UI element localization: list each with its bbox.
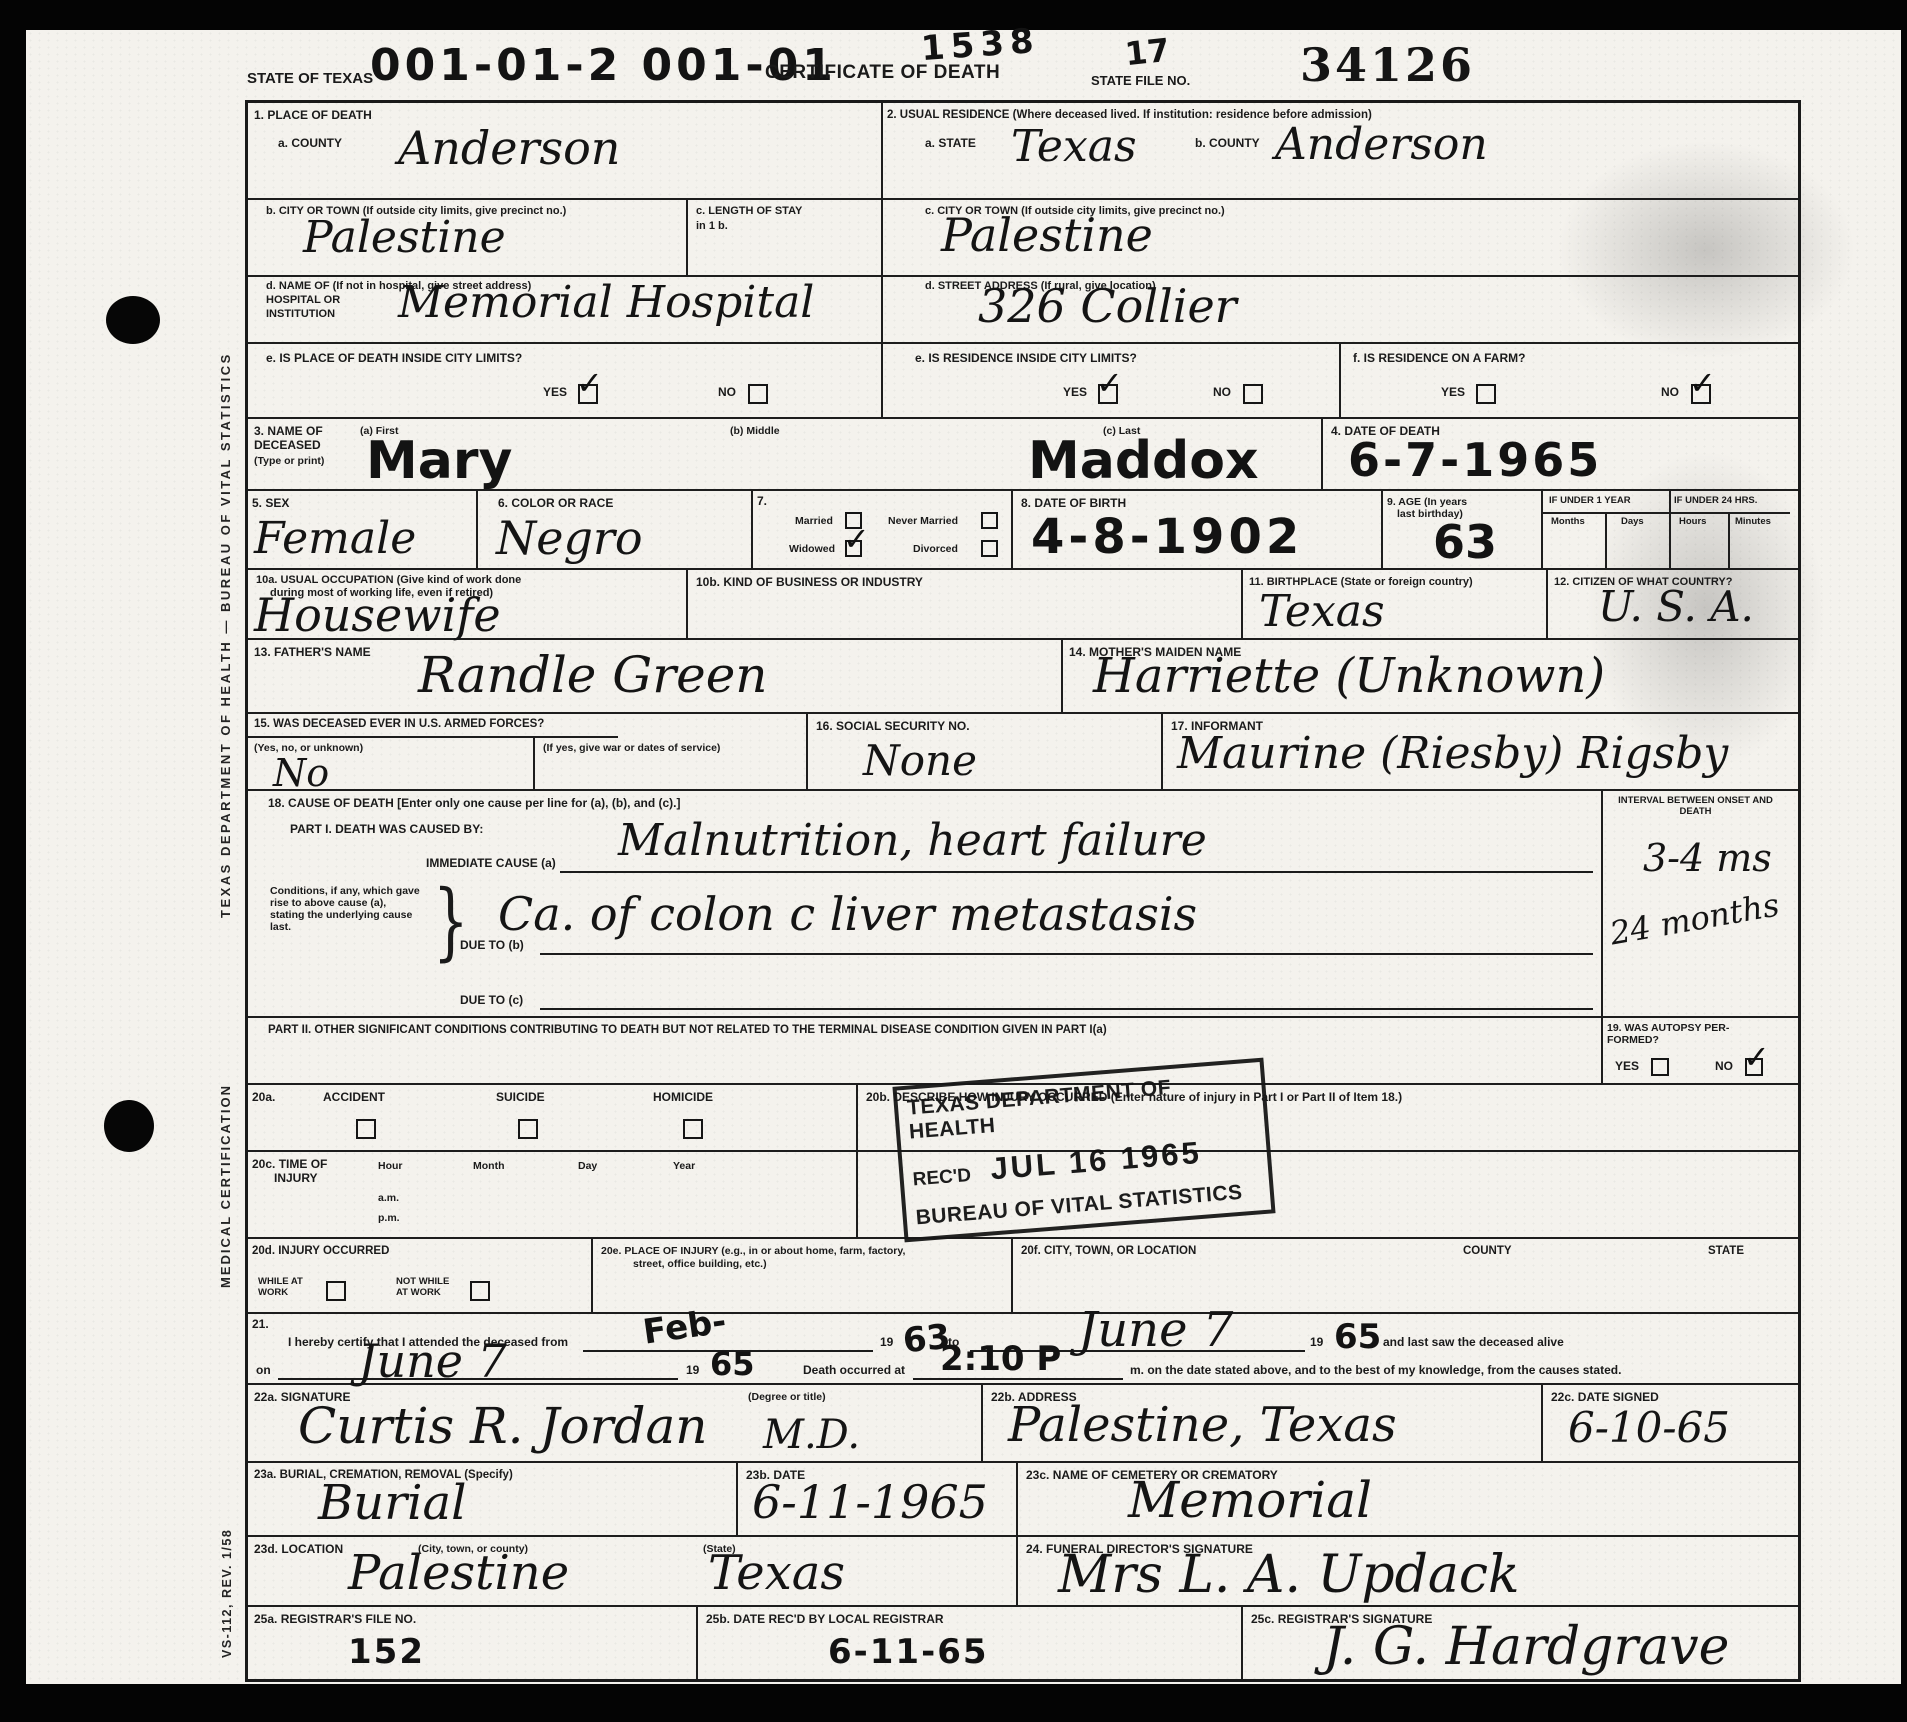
autopsy-label-line2: FORMED? (1607, 1034, 1659, 1046)
street-address-value: 326 Collier (978, 283, 1237, 329)
month-label: Month (473, 1160, 505, 1172)
residence-farm-yes-checkbox (1476, 384, 1496, 404)
row-burial: 23a. BURIAL, CREMATION, REMOVAL (Specify… (248, 1463, 1798, 1537)
birthplace-value: Texas (1259, 590, 1385, 634)
part1-label: PART I. DEATH WAS CAUSED BY: (290, 823, 483, 837)
race-value: Negro (496, 515, 643, 561)
row-hospital: d. NAME OF (If not in hospital, give str… (248, 277, 1798, 344)
brace-glyph: } (433, 873, 469, 971)
year-19-label: 19 (1310, 1336, 1323, 1350)
burial-location-state-value: Texas (708, 1549, 845, 1597)
residence-city-limits-yes-checkbox: ✓ (1098, 384, 1118, 404)
state-file-no-label: STATE FILE NO. (1091, 74, 1190, 89)
immediate-cause-value: Malnutrition, heart failure (618, 819, 1207, 863)
punch-hole-bottom (104, 1100, 154, 1152)
divider (1671, 512, 1790, 514)
autopsy-yes-checkbox (1651, 1058, 1669, 1076)
sex-label: 5. SEX (252, 497, 289, 511)
armed-forces-sub2-label: (If yes, give war or dates of service) (543, 742, 720, 754)
sex-value: Female (254, 517, 416, 561)
middle-name-label: (b) Middle (730, 425, 780, 437)
date-signed-value: 6-10-65 (1568, 1407, 1730, 1449)
time-of-injury-label-line1: 20c. TIME OF (252, 1158, 327, 1172)
occupation-value: Housewife (254, 592, 501, 638)
row-sex-race: 5. SEX Female 6. COLOR OR RACE Negro 7. … (248, 491, 1798, 570)
citizen-value: U. S. A. (1598, 586, 1754, 628)
immediate-cause-interval: 3-4 ms (1643, 839, 1772, 877)
county-label: a. COUNTY (278, 137, 342, 151)
degree-value: M.D. (763, 1415, 860, 1455)
ssn-label: 16. SOCIAL SECURITY NO. (816, 720, 970, 734)
residence-farm-label: f. IS RESIDENCE ON A FARM? (1353, 352, 1525, 366)
city-of-death-value: Palestine (303, 216, 506, 260)
name-label-line2: DECEASED (254, 439, 321, 453)
residence-county-label: b. COUNTY (1195, 137, 1260, 151)
injury-item-label: 20a. (252, 1091, 275, 1105)
date-of-birth-value: 4-8-1902 (1031, 513, 1303, 561)
name-label-line3: (Type or print) (254, 455, 324, 467)
residence-city-limits-no-checkbox (1243, 384, 1263, 404)
cause-of-death-section-label: 18. CAUSE OF DEATH [Enter only one cause… (268, 797, 681, 811)
row-cause-of-death: 18. CAUSE OF DEATH [Enter only one cause… (248, 791, 1798, 1018)
row-injury-place: 20d. INJURY OCCURRED WHILE AT WORK NOT W… (248, 1239, 1798, 1314)
registrar-date-label: 25b. DATE REC'D BY LOCAL REGISTRAR (706, 1613, 944, 1627)
suicide-checkbox (518, 1119, 538, 1139)
punch-hole-top (106, 296, 160, 344)
not-while-at-work-checkbox (470, 1281, 490, 1301)
race-label: 6. COLOR OR RACE (498, 497, 613, 511)
row-name: 3. NAME OF DECEASED (Type or print) (a) … (248, 419, 1798, 491)
divorced-checkbox (981, 540, 998, 557)
certify-post-text: m. on the date stated above, and to the … (1130, 1364, 1621, 1378)
length-of-stay-sublabel: in 1 b. (696, 220, 728, 233)
state-file-number-stamp: 34126 (1300, 38, 1475, 92)
handwritten-number-17: 17 (1123, 34, 1171, 70)
handwritten-number-1538: 1538 (920, 24, 1041, 66)
homicide-label: HOMICIDE (653, 1091, 713, 1105)
row-location-director: 23d. LOCATION (City, town, or county) (S… (248, 1537, 1798, 1607)
certify-to-value: June 7 (1078, 1306, 1233, 1354)
yes-label: YES (1063, 386, 1087, 400)
suicide-label: SUICIDE (496, 1091, 545, 1105)
row-physician: 22a. SIGNATURE (Degree or title) Curtis … (248, 1385, 1798, 1463)
residence-farm-no-checkbox: ✓ (1691, 384, 1711, 404)
am-label: a.m. (378, 1192, 399, 1204)
death-occurred-at-label: Death occurred at (803, 1364, 905, 1378)
received-stamp-recd-label: REC'D (912, 1165, 972, 1192)
due-to-c-label: DUE TO (c) (460, 994, 523, 1008)
mother-name-value: Harriette (Unknown) (1093, 652, 1605, 700)
while-at-work-checkbox (326, 1281, 346, 1301)
cemetery-value: Memorial (1128, 1475, 1372, 1525)
not-while-at-work-label-line2: AT WORK (396, 1288, 441, 1299)
place-of-death-section-label: 1. PLACE OF DEATH (254, 109, 372, 123)
certify-to-year-value: 65 (1334, 1320, 1381, 1354)
while-at-work-label-line2: WORK (258, 1288, 288, 1299)
residence-state-value: Texas (1011, 125, 1137, 169)
certify-from-value: Feb- (641, 1304, 728, 1349)
conditions-note: Conditions, if any, which gave rise to a… (270, 885, 422, 933)
year-19-label: 19 (686, 1364, 699, 1378)
months-label: Months (1551, 517, 1585, 528)
physician-address-value: Palestine, Texas (1008, 1401, 1397, 1449)
date-of-death-value: 6-7-1965 (1348, 437, 1602, 483)
marital-item-label: 7. (757, 495, 767, 509)
certify-item-label: 21. (252, 1318, 269, 1332)
row-city: b. CITY OR TOWN (If outside city limits,… (248, 200, 1798, 277)
no-label: NO (1661, 386, 1679, 400)
certificate-form: 1. PLACE OF DEATH a. COUNTY Anderson 2. … (245, 100, 1801, 1682)
funeral-director-value: Mrs L. A. Updack (1058, 1549, 1520, 1601)
place-of-injury-label-line2: street, office building, etc.) (633, 1258, 767, 1270)
burial-location-label: 23d. LOCATION (254, 1543, 343, 1557)
county-of-death-value: Anderson (398, 125, 620, 171)
blank-line (540, 990, 1593, 1010)
age-label-line1: 9. AGE (In years (1387, 496, 1467, 508)
row-place-residence: 1. PLACE OF DEATH a. COUNTY Anderson 2. … (248, 103, 1798, 200)
year-label: Year (673, 1160, 695, 1172)
minutes-label: Minutes (1735, 517, 1771, 528)
hour-label: Hour (378, 1160, 403, 1172)
row-parents: 13. FATHER'S NAME Randle Green 14. MOTHE… (248, 640, 1798, 714)
accident-checkbox (356, 1119, 376, 1139)
burial-value: Burial (318, 1479, 466, 1527)
certificate-paper: TEXAS DEPARTMENT OF HEALTH — BUREAU OF V… (26, 30, 1901, 1684)
interval-header: INTERVAL BETWEEN ONSET AND DEATH (1608, 796, 1783, 818)
scanned-death-certificate: TEXAS DEPARTMENT OF HEALTH — BUREAU OF V… (0, 0, 1907, 1722)
residence-city-value: Palestine (941, 212, 1153, 258)
physician-signature-value: Curtis R. Jordan (298, 1401, 708, 1451)
due-to-b-value: Ca. of colon c liver metastasis (498, 891, 1197, 937)
row-armed-forces: 15. WAS DECEASED EVER IN U.S. ARMED FORC… (248, 714, 1798, 791)
pm-label: p.m. (378, 1212, 400, 1224)
widowed-checkbox: ✓ (845, 540, 862, 557)
place-of-injury-label-line1: 20e. PLACE OF INJURY (e.g., in or about … (601, 1245, 905, 1257)
no-label: NO (718, 386, 736, 400)
length-of-stay-label: c. LENGTH OF STAY (696, 205, 802, 218)
injury-county-label: COUNTY (1463, 1245, 1512, 1258)
divorced-label: Divorced (913, 543, 958, 555)
received-stamp-date: JUL 16 1965 (989, 1135, 1203, 1187)
accident-label: ACCIDENT (323, 1091, 385, 1105)
row-certify-statement: 21. I hereby certify that I attended the… (248, 1314, 1798, 1385)
death-time-value: 2:10 P (940, 1342, 1061, 1376)
first-name-value: Mary (366, 435, 512, 487)
document-header: STATE OF TEXAS 001-01-2 001-01 CERTIFICA… (245, 30, 1805, 100)
divider (533, 736, 535, 789)
no-label: NO (1715, 1060, 1733, 1074)
name-label-line1: 3. NAME OF (254, 425, 323, 439)
armed-forces-value: No (273, 754, 329, 792)
due-to-b-label: DUE TO (b) (460, 939, 524, 953)
form-number-vertical-label: VS-112, REV. 1/58 (220, 1438, 234, 1658)
homicide-checkbox (683, 1119, 703, 1139)
business-industry-label: 10b. KIND OF BUSINESS OR INDUSTRY (696, 576, 923, 590)
received-stamp-line1: TEXAS DEPARTMENT OF HEALTH (906, 1070, 1255, 1145)
hospital-label-line3: INSTITUTION (266, 308, 335, 321)
divider (248, 736, 618, 738)
yes-label: YES (1615, 1060, 1639, 1074)
death-city-limits-yes-checkbox: ✓ (578, 384, 598, 404)
father-name-value: Randle Green (418, 650, 768, 700)
yes-label: YES (543, 386, 567, 400)
if-under-24-hrs-label: IF UNDER 24 HRS. (1674, 496, 1757, 507)
never-married-checkbox (981, 512, 998, 529)
row-registrar: 25a. REGISTRAR'S FILE NO. 152 25b. DATE … (248, 1607, 1798, 1679)
autopsy-label-line1: 19. WAS AUTOPSY PER- (1607, 1022, 1729, 1034)
widowed-label: Widowed (789, 543, 835, 555)
last-name-value: Maddox (1028, 435, 1259, 487)
medical-certification-vertical-label: MEDICAL CERTIFICATION (218, 988, 233, 1288)
residence-county-value: Anderson (1275, 123, 1488, 167)
days-label: Days (1621, 517, 1644, 528)
hospital-value: Memorial Hospital (398, 281, 814, 325)
death-city-limits-no-checkbox (748, 384, 768, 404)
registrar-signature-value: J. G. Hardgrave (1323, 1621, 1729, 1673)
part2-label: PART II. OTHER SIGNIFICANT CONDITIONS CO… (268, 1024, 1107, 1037)
armed-forces-label: 15. WAS DECEASED EVER IN U.S. ARMED FORC… (254, 718, 544, 731)
injury-city-label: 20f. CITY, TOWN, OR LOCATION (1021, 1245, 1196, 1258)
certify-mid-text: and last saw the deceased alive (1383, 1336, 1564, 1350)
residence-state-label: a. STATE (925, 137, 976, 151)
occupation-label-line1: 10a. USUAL OCCUPATION (Give kind of work… (256, 574, 521, 587)
divider (1605, 512, 1607, 568)
no-label: NO (1213, 386, 1231, 400)
never-married-label: Never Married (888, 515, 958, 527)
due-to-b-interval: 24 months (1608, 888, 1782, 949)
certify-on-value: June 7 (358, 1338, 507, 1384)
informant-value: Maurine (Riesby) Rigsby (1177, 732, 1728, 776)
on-label: on (256, 1364, 271, 1378)
received-stamp: TEXAS DEPARTMENT OF HEALTH REC'D JUL 16 … (892, 1058, 1275, 1243)
injury-state-label: STATE (1708, 1245, 1744, 1258)
department-vertical-label: TEXAS DEPARTMENT OF HEALTH — BUREAU OF V… (218, 118, 233, 918)
age-value: 63 (1433, 519, 1497, 565)
row-city-limits: e. IS PLACE OF DEATH INSIDE CITY LIMITS?… (248, 344, 1798, 419)
hours-label: Hours (1679, 517, 1706, 528)
immediate-cause-label: IMMEDIATE CAUSE (a) (426, 857, 556, 871)
if-under-1-year-label: IF UNDER 1 YEAR (1549, 496, 1631, 507)
married-label: Married (795, 515, 833, 527)
divider (1728, 512, 1730, 568)
death-city-limits-label: e. IS PLACE OF DEATH INSIDE CITY LIMITS? (266, 352, 522, 366)
burial-date-value: 6-11-1965 (752, 1479, 988, 1525)
burial-location-city-value: Palestine (348, 1549, 569, 1597)
father-name-label: 13. FATHER'S NAME (254, 646, 371, 660)
state-of-texas-label: STATE OF TEXAS (247, 70, 373, 87)
year-19-label: 19 (880, 1336, 893, 1350)
row-part2-autopsy: PART II. OTHER SIGNIFICANT CONDITIONS CO… (248, 1018, 1798, 1085)
registrar-file-no-value: 152 (348, 1635, 425, 1669)
ssn-value: None (863, 740, 977, 782)
day-label: Day (578, 1160, 597, 1172)
row-occupation: 10a. USUAL OCCUPATION (Give kind of work… (248, 570, 1798, 640)
degree-or-title-label: (Degree or title) (748, 1391, 826, 1403)
autopsy-no-checkbox: ✓ (1745, 1058, 1763, 1076)
registrar-file-no-label: 25a. REGISTRAR'S FILE NO. (254, 1613, 416, 1627)
time-of-injury-label-line2: INJURY (274, 1172, 318, 1186)
certify-on-year-value: 65 (710, 1348, 755, 1380)
registrar-date-value: 6-11-65 (828, 1635, 989, 1669)
hospital-label-line2: HOSPITAL OR (266, 294, 340, 307)
injury-occurred-label: 20d. INJURY OCCURRED (252, 1245, 389, 1258)
yes-label: YES (1441, 386, 1465, 400)
